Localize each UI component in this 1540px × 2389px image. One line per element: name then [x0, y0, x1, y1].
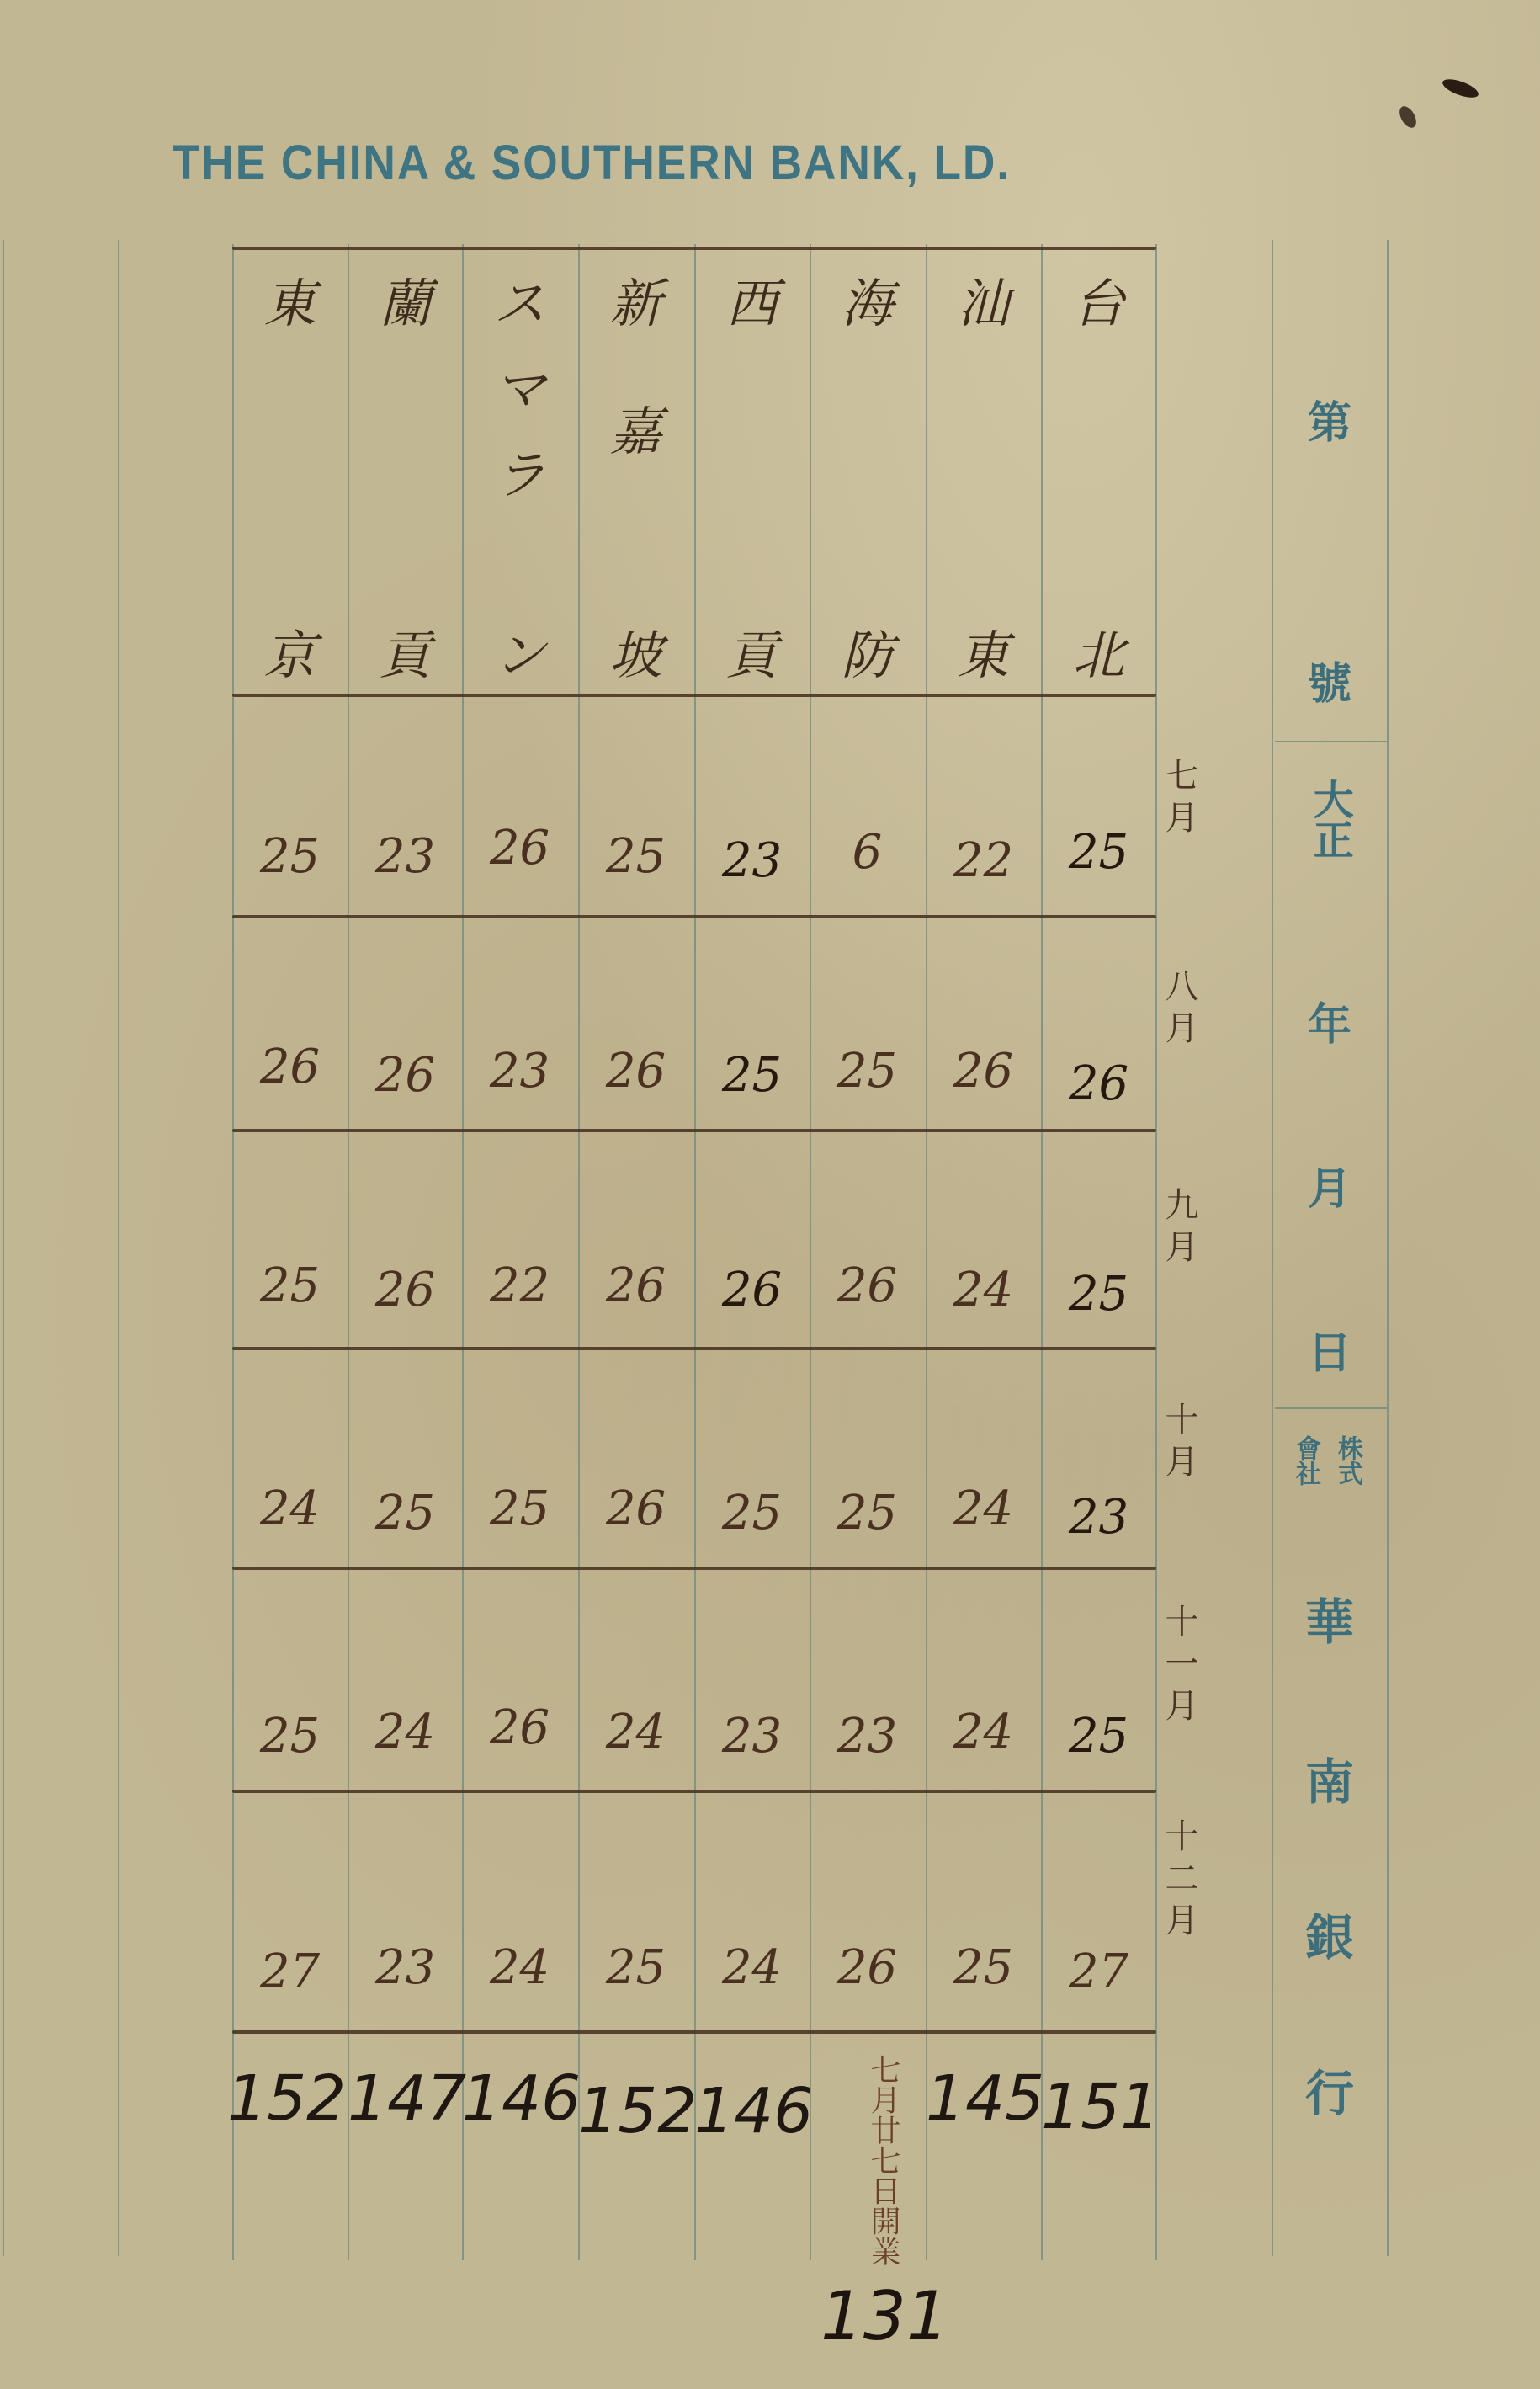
header-char: 貢 [725, 630, 778, 682]
table-cell: 25 [578, 829, 693, 884]
table-rule-row [232, 1129, 1156, 1132]
era-text: 大正 [1309, 779, 1351, 859]
column-header: 新 嘉 坡 [578, 278, 693, 682]
table-cell: 26 [348, 1048, 463, 1103]
ink-blot [1396, 104, 1420, 130]
table-cell: 27 [232, 1945, 348, 1999]
table-cell: 25 [694, 1048, 810, 1103]
table-cell: 26 [232, 1040, 348, 1094]
vertical-rule [118, 240, 119, 2256]
table-cell: 23 [694, 1709, 810, 1764]
table-rule-bottom [232, 2030, 1156, 2034]
month-label: 九月 [1161, 1187, 1203, 1271]
table-cell: 26 [348, 1263, 463, 1317]
table-rule-row [232, 1347, 1156, 1350]
table-cell: 25 [232, 1258, 348, 1313]
column-header: 台 北 [1041, 278, 1156, 682]
side-divider [1275, 1407, 1387, 1409]
table-cell: 26 [926, 1044, 1041, 1099]
table-cell: 26 [578, 1482, 693, 1536]
table-rule-header [232, 694, 1156, 697]
table-cell: 27 [1041, 1945, 1156, 1999]
table-cell: 24 [694, 1940, 810, 1995]
table-cell: 26 [1041, 1056, 1156, 1111]
header-char: 嘉 [609, 406, 661, 458]
opening-date-note: 七月廿七日開業 [850, 2054, 900, 2266]
header-char: 汕 [957, 278, 1009, 330]
column-header: 海 防 [810, 278, 925, 682]
table-cell: 23 [1041, 1490, 1156, 1545]
table-cell: 23 [348, 1940, 463, 1995]
table-cell: 26 [694, 1263, 810, 1317]
company-type-label: 株式 [1334, 1435, 1362, 1486]
table-cell: 25 [926, 1940, 1041, 1995]
table-cell: 26 [810, 1258, 925, 1313]
header-char: 新 [609, 278, 661, 330]
header-char: マ [493, 364, 545, 416]
header-char: ス [493, 278, 545, 330]
column-header: 東 京 [232, 278, 348, 682]
era-label: 大正 [1304, 779, 1355, 867]
table-cell: 26 [578, 1258, 693, 1313]
table-cell: 22 [926, 833, 1041, 888]
header-char: 蘭 [379, 278, 431, 330]
header-char: ン [493, 630, 545, 682]
table-cell: 25 [810, 1486, 925, 1540]
month-label: 十一月 [1161, 1604, 1203, 1730]
table-cell: 25 [810, 1044, 925, 1099]
table-cell: 26 [810, 1940, 925, 1995]
month-label: 八月 [1161, 968, 1203, 1052]
table-cell: 25 [1041, 1267, 1156, 1322]
bank-name-char: 行 [1304, 2054, 1355, 2125]
total-cell: 151 [1041, 2071, 1156, 2143]
column-header: 汕 東 [926, 278, 1041, 682]
header-char: 東 [263, 278, 316, 330]
header-char: 京 [263, 630, 316, 682]
table-cell: 23 [462, 1044, 577, 1099]
total-cell: 146 [694, 2075, 810, 2147]
table-rule-row [232, 1790, 1156, 1793]
page-number: 131 [820, 2277, 949, 2355]
header-char: 海 [841, 278, 893, 330]
vertical-rule [3, 240, 4, 2256]
table-cell: 26 [462, 1700, 577, 1755]
column-header: 西 貢 [694, 278, 810, 682]
table-cell: 24 [926, 1482, 1041, 1536]
header-char: 東 [957, 630, 1009, 682]
number-label: 第 [1304, 387, 1355, 450]
table-cell: 24 [926, 1705, 1041, 1759]
header-char: 坡 [609, 630, 661, 682]
table-cell: 25 [232, 1709, 348, 1764]
table-cell: 26 [462, 821, 577, 875]
month-label: 十月 [1161, 1402, 1203, 1486]
letterhead-bank-name: THE CHINA & SOUTHERN BANK, LD. [173, 135, 1179, 191]
month-field-label: 月 [1304, 1153, 1355, 1216]
table-cell: 25 [462, 1482, 577, 1536]
month-label: 十二月 [1161, 1818, 1203, 1945]
table-cell: 26 [578, 1044, 693, 1099]
year-label: 年 [1304, 989, 1355, 1052]
header-char: 貢 [379, 630, 431, 682]
vertical-rule [1272, 240, 1273, 2256]
table-cell: 25 [694, 1486, 810, 1540]
table-rule-top [232, 247, 1156, 250]
header-char: 防 [841, 630, 893, 682]
table-cell: 23 [694, 833, 810, 888]
bank-name-char: 銀 [1304, 1898, 1355, 1969]
vertical-rule [1387, 240, 1389, 2256]
month-label: 七月 [1161, 758, 1203, 842]
side-divider [1275, 741, 1387, 742]
bank-name-char: 華 [1304, 1583, 1355, 1653]
day-label: 日 [1304, 1317, 1355, 1381]
total-cell: 146 [462, 2062, 577, 2135]
table-cell: 24 [578, 1705, 693, 1759]
header-char: 西 [725, 278, 778, 330]
table-cell: 24 [462, 1940, 577, 1995]
table-cell: 23 [810, 1709, 925, 1764]
table-rule-row [232, 1567, 1156, 1570]
column-header: 蘭 貢 [348, 278, 463, 682]
table-cell: 25 [578, 1940, 693, 1995]
total-cell: 152 [578, 2075, 693, 2147]
table-rule-row [232, 915, 1156, 918]
number-label: 號 [1304, 648, 1355, 711]
table-cell: 24 [348, 1705, 463, 1759]
table-cell: 25 [1041, 825, 1156, 880]
header-char: 北 [1072, 630, 1124, 682]
table-cell: 25 [1041, 1709, 1156, 1764]
header-char: 台 [1072, 278, 1124, 330]
ink-blot [1441, 76, 1481, 101]
table-cell: 6 [810, 825, 925, 880]
table-cell: 24 [232, 1482, 348, 1536]
table-cell: 24 [926, 1263, 1041, 1317]
table-cell: 22 [462, 1258, 577, 1313]
column-header: ス マ ラ ン [462, 278, 577, 682]
table-cell: 25 [232, 829, 348, 884]
total-cell: 145 [926, 2062, 1041, 2135]
table-cell: 25 [348, 1486, 463, 1540]
table-cell: 23 [348, 829, 463, 884]
company-type-label: 會社 [1292, 1435, 1320, 1486]
total-cell: 152 [227, 2062, 343, 2135]
total-cell: 147 [348, 2062, 463, 2135]
bank-name-char: 南 [1304, 1743, 1355, 1813]
header-char: ラ [493, 450, 545, 502]
